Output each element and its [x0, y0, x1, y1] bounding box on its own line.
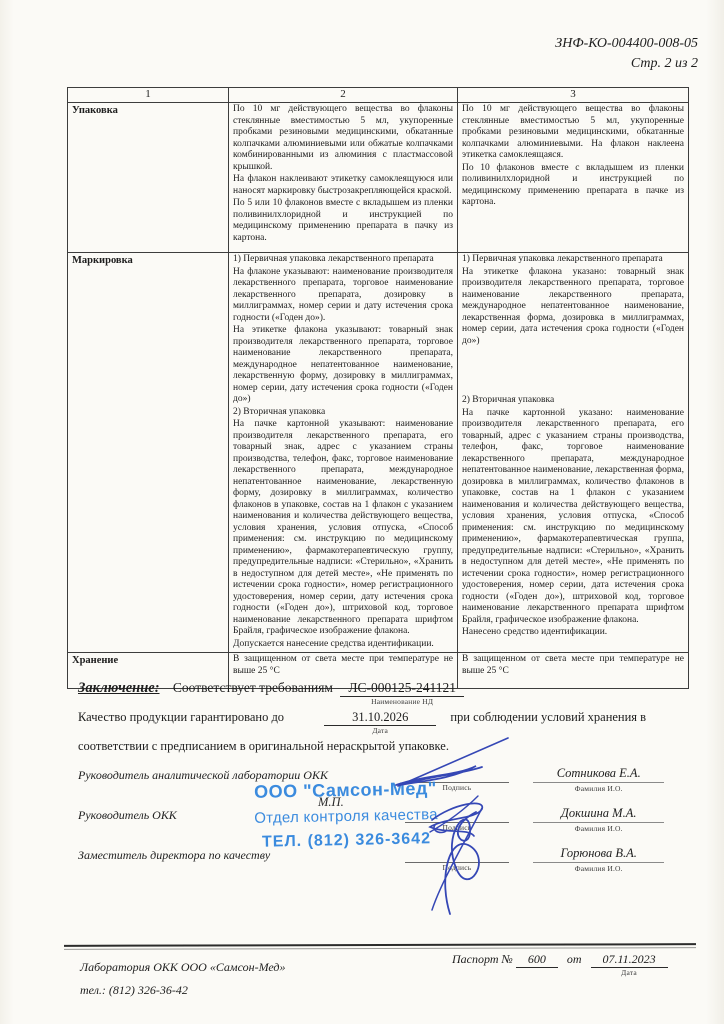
cell-paragraph: На этикетке флакона указывают: товарный …	[233, 325, 453, 406]
conclusion-block: Заключение: Соответствует требованиям ЛС…	[78, 680, 464, 697]
passport-number-field: 600	[516, 952, 558, 968]
stamp-department: Отдел контроля качества	[186, 805, 506, 829]
row-label-packaging: Упаковка	[68, 103, 229, 253]
passport-number: 600	[528, 952, 546, 966]
cell-paragraph: Допускается нанесение средства идентифик…	[233, 639, 453, 651]
cell-paragraph: По 5 или 10 флаконов вместе с вкладышем …	[233, 198, 453, 244]
passport-date-caption: Дата	[591, 968, 668, 977]
guarantee-suffix: при соблюдении условий хранения в	[450, 710, 646, 725]
signatory-name-text: Горюнова В.А.	[560, 846, 636, 860]
passport-from-label: от	[567, 952, 582, 966]
document-page: ЗНФ-КО-004400-008-05 Стр. 2 из 2 1 2 3 У…	[0, 0, 724, 1024]
document-code: ЗНФ-КО-004400-008-05	[555, 34, 698, 54]
guarantee-line2: соответствии с предписанием в оригинальн…	[78, 739, 658, 754]
cell-paragraph: По 10 флаконов вместе с вкладышем из пле…	[462, 163, 684, 209]
cell-paragraph: На пачке картонной указывают: наименован…	[233, 419, 453, 638]
cell-paragraph: 1) Первичная упаковка лекарственного пре…	[233, 254, 453, 266]
signature-field: Подпись	[405, 848, 510, 863]
marking-col2-cell: 1) Первичная упаковка лекарственного пре…	[229, 253, 458, 653]
cell-paragraph: Нанесено средство идентификации.	[462, 627, 684, 639]
storage-col3-cell: В защищенном от света месте при температ…	[458, 653, 689, 689]
table-row: Упаковка По 10 мг действующего вещества …	[68, 103, 689, 253]
guarantee-date-caption: Дата	[324, 726, 436, 735]
cell-paragraph: На флакон наклеивают этикетку самоклеящу…	[233, 174, 453, 197]
cell-paragraph: В защищенном от света месте при температ…	[233, 654, 453, 677]
table-header-row: 1 2 3	[68, 88, 689, 103]
seal-place-label: М.П.	[318, 795, 344, 810]
name-caption: Фамилия И.О.	[533, 784, 664, 793]
passport-date-field: 07.11.2023 Дата	[591, 952, 668, 968]
signature-caption: Подпись	[405, 863, 510, 872]
cell-paragraph: На этикетке флакона указано: товарный зн…	[462, 267, 684, 348]
passport-label: Паспорт №	[452, 952, 513, 966]
cell-paragraph: 2) Вторичная упаковка	[233, 407, 453, 419]
specification-table: 1 2 3 Упаковка По 10 мг действующего вещ…	[67, 87, 689, 689]
cell-paragraph: 2) Вторичная упаковка	[462, 395, 684, 407]
company-stamp: ООО "Самсон-Мед" Отдел контроля качества…	[185, 777, 506, 854]
packaging-col2-cell: По 10 мг действующего вещества во флакон…	[229, 103, 458, 253]
footer-passport: Паспорт № 600 от 07.11.2023 Дата	[452, 952, 668, 968]
footer-lab-info: Лаборатория ОКК ООО «Самсон-Мед» тел.: (…	[80, 956, 286, 1002]
column-header-2: 2	[229, 88, 458, 103]
conclusion-label: Заключение:	[78, 680, 160, 696]
column-header-3: 3	[458, 88, 689, 103]
guarantee-date-value: 31.10.2026	[352, 710, 408, 724]
footer-lab-name: Лаборатория ОКК ООО «Самсон-Мед»	[80, 956, 286, 979]
signatory-name: Сотникова Е.А. Фамилия И.О.	[533, 766, 664, 783]
document-header: ЗНФ-КО-004400-008-05 Стр. 2 из 2	[555, 34, 698, 74]
name-caption: Фамилия И.О.	[533, 824, 664, 833]
cell-paragraph: 1) Первичная упаковка лекарственного пре…	[462, 254, 684, 266]
guarantee-line1: Качество продукции гарантировано до 31.1…	[78, 710, 658, 726]
cell-paragraph: По 10 мг действующего вещества во флакон…	[462, 104, 684, 162]
footer-divider-shadow	[64, 947, 696, 950]
footer-divider	[64, 943, 696, 947]
name-caption: Фамилия И.О.	[533, 864, 664, 873]
row-label-marking: Маркировка	[68, 253, 229, 653]
guarantee-prefix: Качество продукции гарантировано до	[78, 710, 284, 725]
column-header-1: 1	[68, 88, 229, 103]
signatory-name: Горюнова В.А. Фамилия И.О.	[533, 846, 664, 863]
guarantee-date-field: 31.10.2026 Дата	[324, 710, 436, 726]
table-row: Маркировка 1) Первичная упаковка лекарст…	[68, 253, 689, 653]
nd-reference-value: ЛС-000125-241121	[348, 680, 456, 695]
page-number-label: Стр. 2 из 2	[555, 54, 698, 74]
nd-reference-caption: Наименование НД	[340, 697, 464, 706]
guarantee-block: Качество продукции гарантировано до 31.1…	[78, 710, 658, 754]
nd-reference-field: ЛС-000125-241121 Наименование НД	[340, 680, 464, 697]
signatory-name: Докшина М.А. Фамилия И.О.	[533, 806, 664, 823]
cell-paragraph: На пачке картонной указано: наименование…	[462, 408, 684, 627]
marking-col3-cell: 1) Первичная упаковка лекарственного пре…	[458, 253, 689, 653]
conclusion-text: Соответствует требованиям	[173, 680, 333, 695]
passport-date: 07.11.2023	[603, 952, 656, 966]
signatory-name-text: Докшина М.А.	[561, 806, 637, 820]
cell-paragraph: На флаконе указывают: наименование произ…	[233, 267, 453, 325]
packaging-col3-cell: По 10 мг действующего вещества во флакон…	[458, 103, 689, 253]
cell-paragraph: В защищенном от света месте при температ…	[462, 654, 684, 677]
signatory-name-text: Сотникова Е.А.	[557, 766, 641, 780]
footer-lab-phone: тел.: (812) 326-36-42	[80, 979, 286, 1002]
cell-paragraph: По 10 мг действующего вещества во флакон…	[233, 104, 453, 173]
